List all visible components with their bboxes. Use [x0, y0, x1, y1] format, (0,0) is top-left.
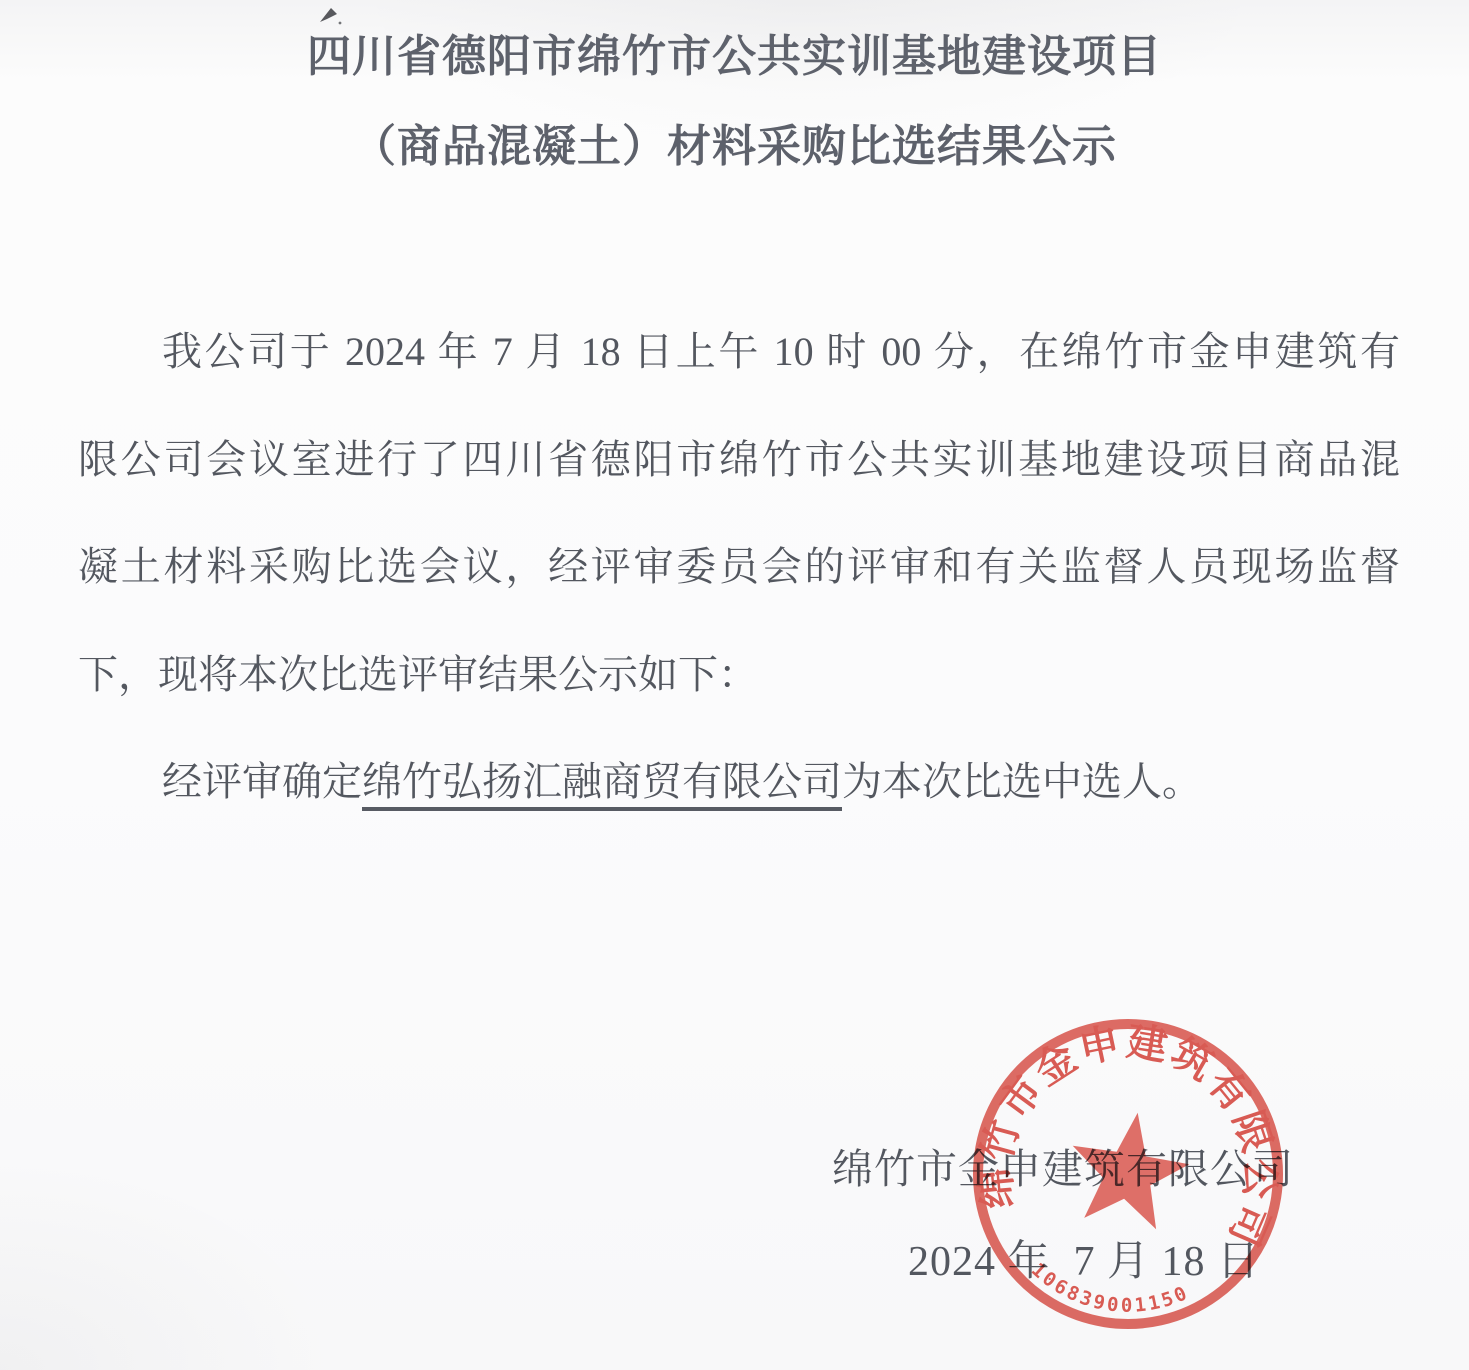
seal-star-icon — [1062, 1104, 1196, 1233]
body-line-1: 我公司于 2024 年 7 月 18 日上午 10 时 00 分，在绵竹市金申建… — [78, 298, 1400, 406]
document-title-line2: （商品混凝土）材料采购比选结果公示 — [0, 102, 1469, 192]
winner-sentence-prefix: 经评审确定 — [162, 759, 362, 804]
winner-company-name: 绵竹弘扬汇融商贸有限公司 — [362, 759, 842, 811]
body-line-5: 经评审确定绵竹弘扬汇融商贸有限公司为本次比选中选人。 — [78, 728, 1400, 836]
document-title-line1: 四川省德阳市绵竹市公共实训基地建设项目 — [0, 12, 1469, 102]
scanned-document-page: 四川省德阳市绵竹市公共实训基地建设项目 （商品混凝土）材料采购比选结果公示 我公… — [0, 0, 1469, 1370]
body-line-4: 下，现将本次比选评审结果公示如下： — [78, 621, 1400, 729]
winner-sentence-suffix: 为本次比选中选人。 — [842, 759, 1202, 804]
document-body: 我公司于 2024 年 7 月 18 日上午 10 时 00 分，在绵竹市金申建… — [78, 298, 1400, 836]
body-line-3: 凝土材料采购比选会议，经评审委员会的评审和有关监督人员现场监督 — [78, 513, 1400, 621]
document-title: 四川省德阳市绵竹市公共实训基地建设项目 （商品混凝土）材料采购比选结果公示 — [0, 12, 1469, 192]
body-line-2: 限公司会议室进行了四川省德阳市绵竹市公共实训基地建设项目商品混 — [78, 406, 1400, 514]
company-seal: 绵竹市金申建筑有限公司 106839001150 — [958, 1002, 1298, 1342]
seal-group: 绵竹市金申建筑有限公司 106839001150 — [958, 1002, 1298, 1342]
